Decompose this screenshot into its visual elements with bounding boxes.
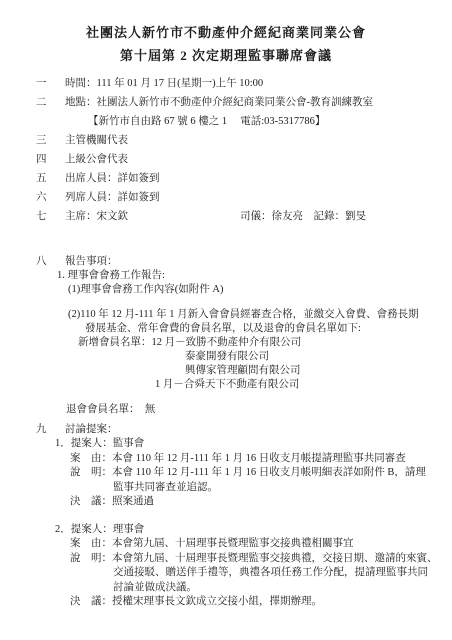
item-number: 八	[36, 254, 47, 269]
proposal-resolution: 決 議：照案通過	[0, 495, 452, 510]
document-page: 社團法人新竹市不動產仲介經紀商業同業公會 第十屆第 2 次定期理監事聯席會議 一…	[0, 0, 452, 640]
discussion-heading-row: 九 討論提案：	[0, 422, 452, 437]
proposal-title: 1．提案人：監事會	[0, 437, 452, 452]
item-text: 時間：111 年 01 月 17 日(星期一)上午 10:00	[65, 74, 263, 93]
report-line: 發展基金、常年會費的會員名單，以及退會的會員名單如下:	[0, 322, 452, 336]
item-text: 地點：社團法人新竹市不動產仲介經紀商業同業公會-教育訓練教室	[65, 93, 373, 112]
meeting-info-upper-assoc: 四 上級公會代表	[0, 150, 452, 169]
proposal-resolution: 決 議：授權宋理事長文欽成立交接小組，擇期辦理。	[0, 595, 452, 610]
new-member-list-line: 新增會員名單：12 月－致勝不動產仲介有限公司	[0, 336, 452, 350]
report-section: 八 報告事項： 1. 理事會會務工作報告: (1)理事會會務工作內容(如附件 A…	[0, 254, 452, 417]
new-member-company: 泰豪開發有限公司	[0, 350, 452, 364]
item-text: 上級公會代表	[65, 150, 128, 169]
discussion-section: 九 討論提案： 1．提案人：監事會 案 由：本會 110 年 12 月-111 …	[0, 422, 452, 610]
item-text: 主席：宋文欽	[65, 207, 128, 226]
proposal-title: 2．提案人：理事會	[0, 523, 452, 538]
meeting-info-address: 【新竹市自由路 67 號 6 樓之 1 電話:03-5317786】	[0, 112, 452, 131]
report-line: 1. 理事會會務工作報告:	[0, 269, 452, 283]
quit-member-line: 退會會員名單： 無	[0, 403, 452, 417]
meeting-info-observers: 六 列席人員：詳如簽到	[0, 188, 452, 207]
item-number: 四	[36, 150, 47, 169]
report-line: (2)110 年 12 月-111 年 1 月新入會會員經審查合格，並繳交入會費…	[0, 308, 452, 322]
section-heading: 報告事項：	[65, 254, 118, 269]
proposal-explain: 討論並做成決議。	[0, 581, 452, 596]
report-line: (1)理事會會務工作內容(如附件 A)	[0, 283, 452, 297]
proposal-1: 1．提案人：監事會 案 由：本會 110 年 12 月-111 年 1 月 16…	[0, 437, 452, 510]
new-member-company: 興傳家管理顧問有限公司	[0, 364, 452, 378]
proposal-case: 案 由：本會第九屆、十屆理事長暨理監事交接典禮相關事宜	[0, 537, 452, 552]
item-text: 出席人員：詳如簽到	[65, 169, 160, 188]
meeting-info-attendees: 五 出席人員：詳如簽到	[0, 169, 452, 188]
item-number: 七	[36, 207, 47, 226]
proposal-2: 2．提案人：理事會 案 由：本會第九屆、十屆理事長暨理監事交接典禮相關事宜 說 …	[0, 523, 452, 610]
section-heading: 討論提案：	[65, 422, 118, 437]
item-text: 【新竹市自由路 67 號 6 樓之 1 電話:03-5317786】	[88, 112, 325, 131]
meeting-info-time: 一 時間：111 年 01 月 17 日(星期一)上午 10:00	[0, 74, 452, 93]
item-text: 主管機關代表	[65, 131, 128, 150]
meeting-info-authority: 三 主管機關代表	[0, 131, 452, 150]
proposal-explain: 說 明：本會第九屆、十屆理事長暨理監事交接典禮，交接日期、邀請的來賓、	[0, 552, 452, 567]
doc-title-line2: 第十屆第 2 次定期理監事聯席會議	[0, 45, 452, 64]
proposal-case: 案 由：本會 110 年 12 月-111 年 1 月 16 日收支月帳提請理監…	[0, 452, 452, 467]
meeting-info-place: 二 地點：社團法人新竹市不動產仲介經紀商業同業公會-教育訓練教室	[0, 93, 452, 112]
item-text: 列席人員：詳如簽到	[65, 188, 160, 207]
item-number: 二	[36, 93, 47, 112]
proposal-explain: 說 明：本會 110 年 12 月-111 年 1 月 16 日收支月帳明細表詳…	[0, 466, 452, 481]
report-heading-row: 八 報告事項：	[0, 254, 452, 269]
meeting-info-list: 一 時間：111 年 01 月 17 日(星期一)上午 10:00 二 地點：社…	[0, 74, 452, 226]
item-number: 九	[36, 422, 47, 437]
emcee-recorder-text: 司儀：徐友亮 記錄：劉旻	[240, 207, 366, 226]
proposal-explain: 監事共同審查並追認。	[0, 481, 452, 496]
meeting-info-chair: 七 主席：宋文欽 司儀：徐友亮 記錄：劉旻	[0, 207, 452, 226]
item-number: 五	[36, 169, 47, 188]
item-number: 三	[36, 131, 47, 150]
item-number: 一	[36, 74, 47, 93]
new-member-company: 1 月－合舜天下不動產有限公司	[0, 378, 452, 392]
doc-title-line1: 社團法人新竹市不動產仲介經紀商業同業公會	[0, 0, 452, 41]
proposal-explain: 交通接駁、贈送伴手禮等，典禮各項任務工作分配，提請理監事共同	[0, 566, 452, 581]
item-number: 六	[36, 188, 47, 207]
